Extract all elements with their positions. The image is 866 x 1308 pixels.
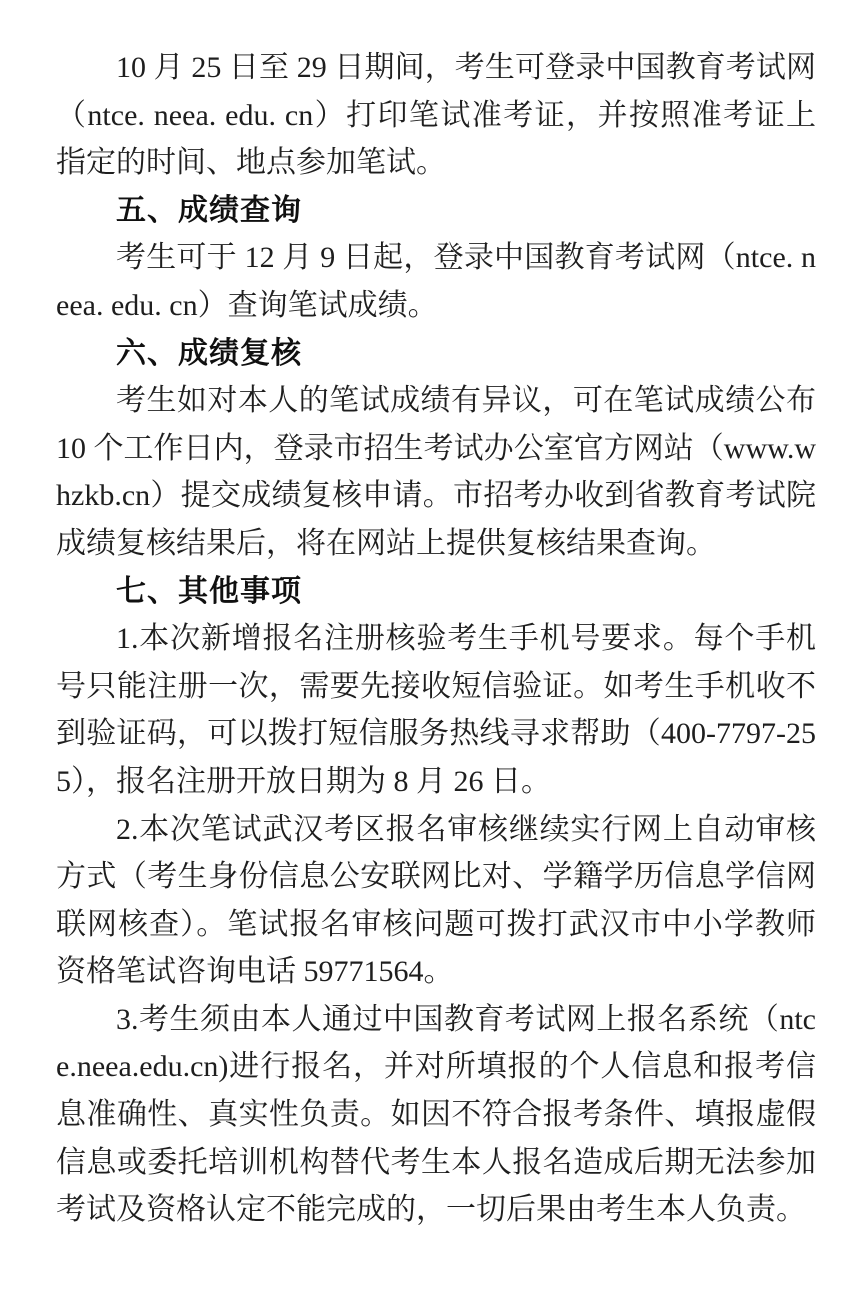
document-page: 10 月 25 日至 29 日期间，考生可登录中国教育考试网（ntce. nee… bbox=[0, 0, 866, 1308]
body-paragraph: 3.考生须由本人通过中国教育考试网上报名系统（ntce.neea.edu.cn)… bbox=[56, 996, 816, 1234]
document-body: 10 月 25 日至 29 日期间，考生可登录中国教育考试网（ntce. nee… bbox=[56, 44, 816, 1234]
body-paragraph: 10 月 25 日至 29 日期间，考生可登录中国教育考试网（ntce. nee… bbox=[56, 44, 816, 187]
body-paragraph: 1.本次新增报名注册核验考生手机号要求。每个手机号只能注册一次，需要先接收短信验… bbox=[56, 615, 816, 805]
section-heading: 五、成绩查询 bbox=[56, 187, 816, 235]
body-paragraph: 考生可于 12 月 9 日起，登录中国教育考试网（ntce. neea. edu… bbox=[56, 234, 816, 329]
body-paragraph: 考生如对本人的笔试成绩有异议，可在笔试成绩公布 10 个工作日内，登录市招生考试… bbox=[56, 377, 816, 567]
section-heading: 七、其他事项 bbox=[56, 568, 816, 616]
section-heading: 六、成绩复核 bbox=[56, 330, 816, 378]
body-paragraph: 2.本次笔试武汉考区报名审核继续实行网上自动审核方式（考生身份信息公安联网比对、… bbox=[56, 806, 816, 996]
